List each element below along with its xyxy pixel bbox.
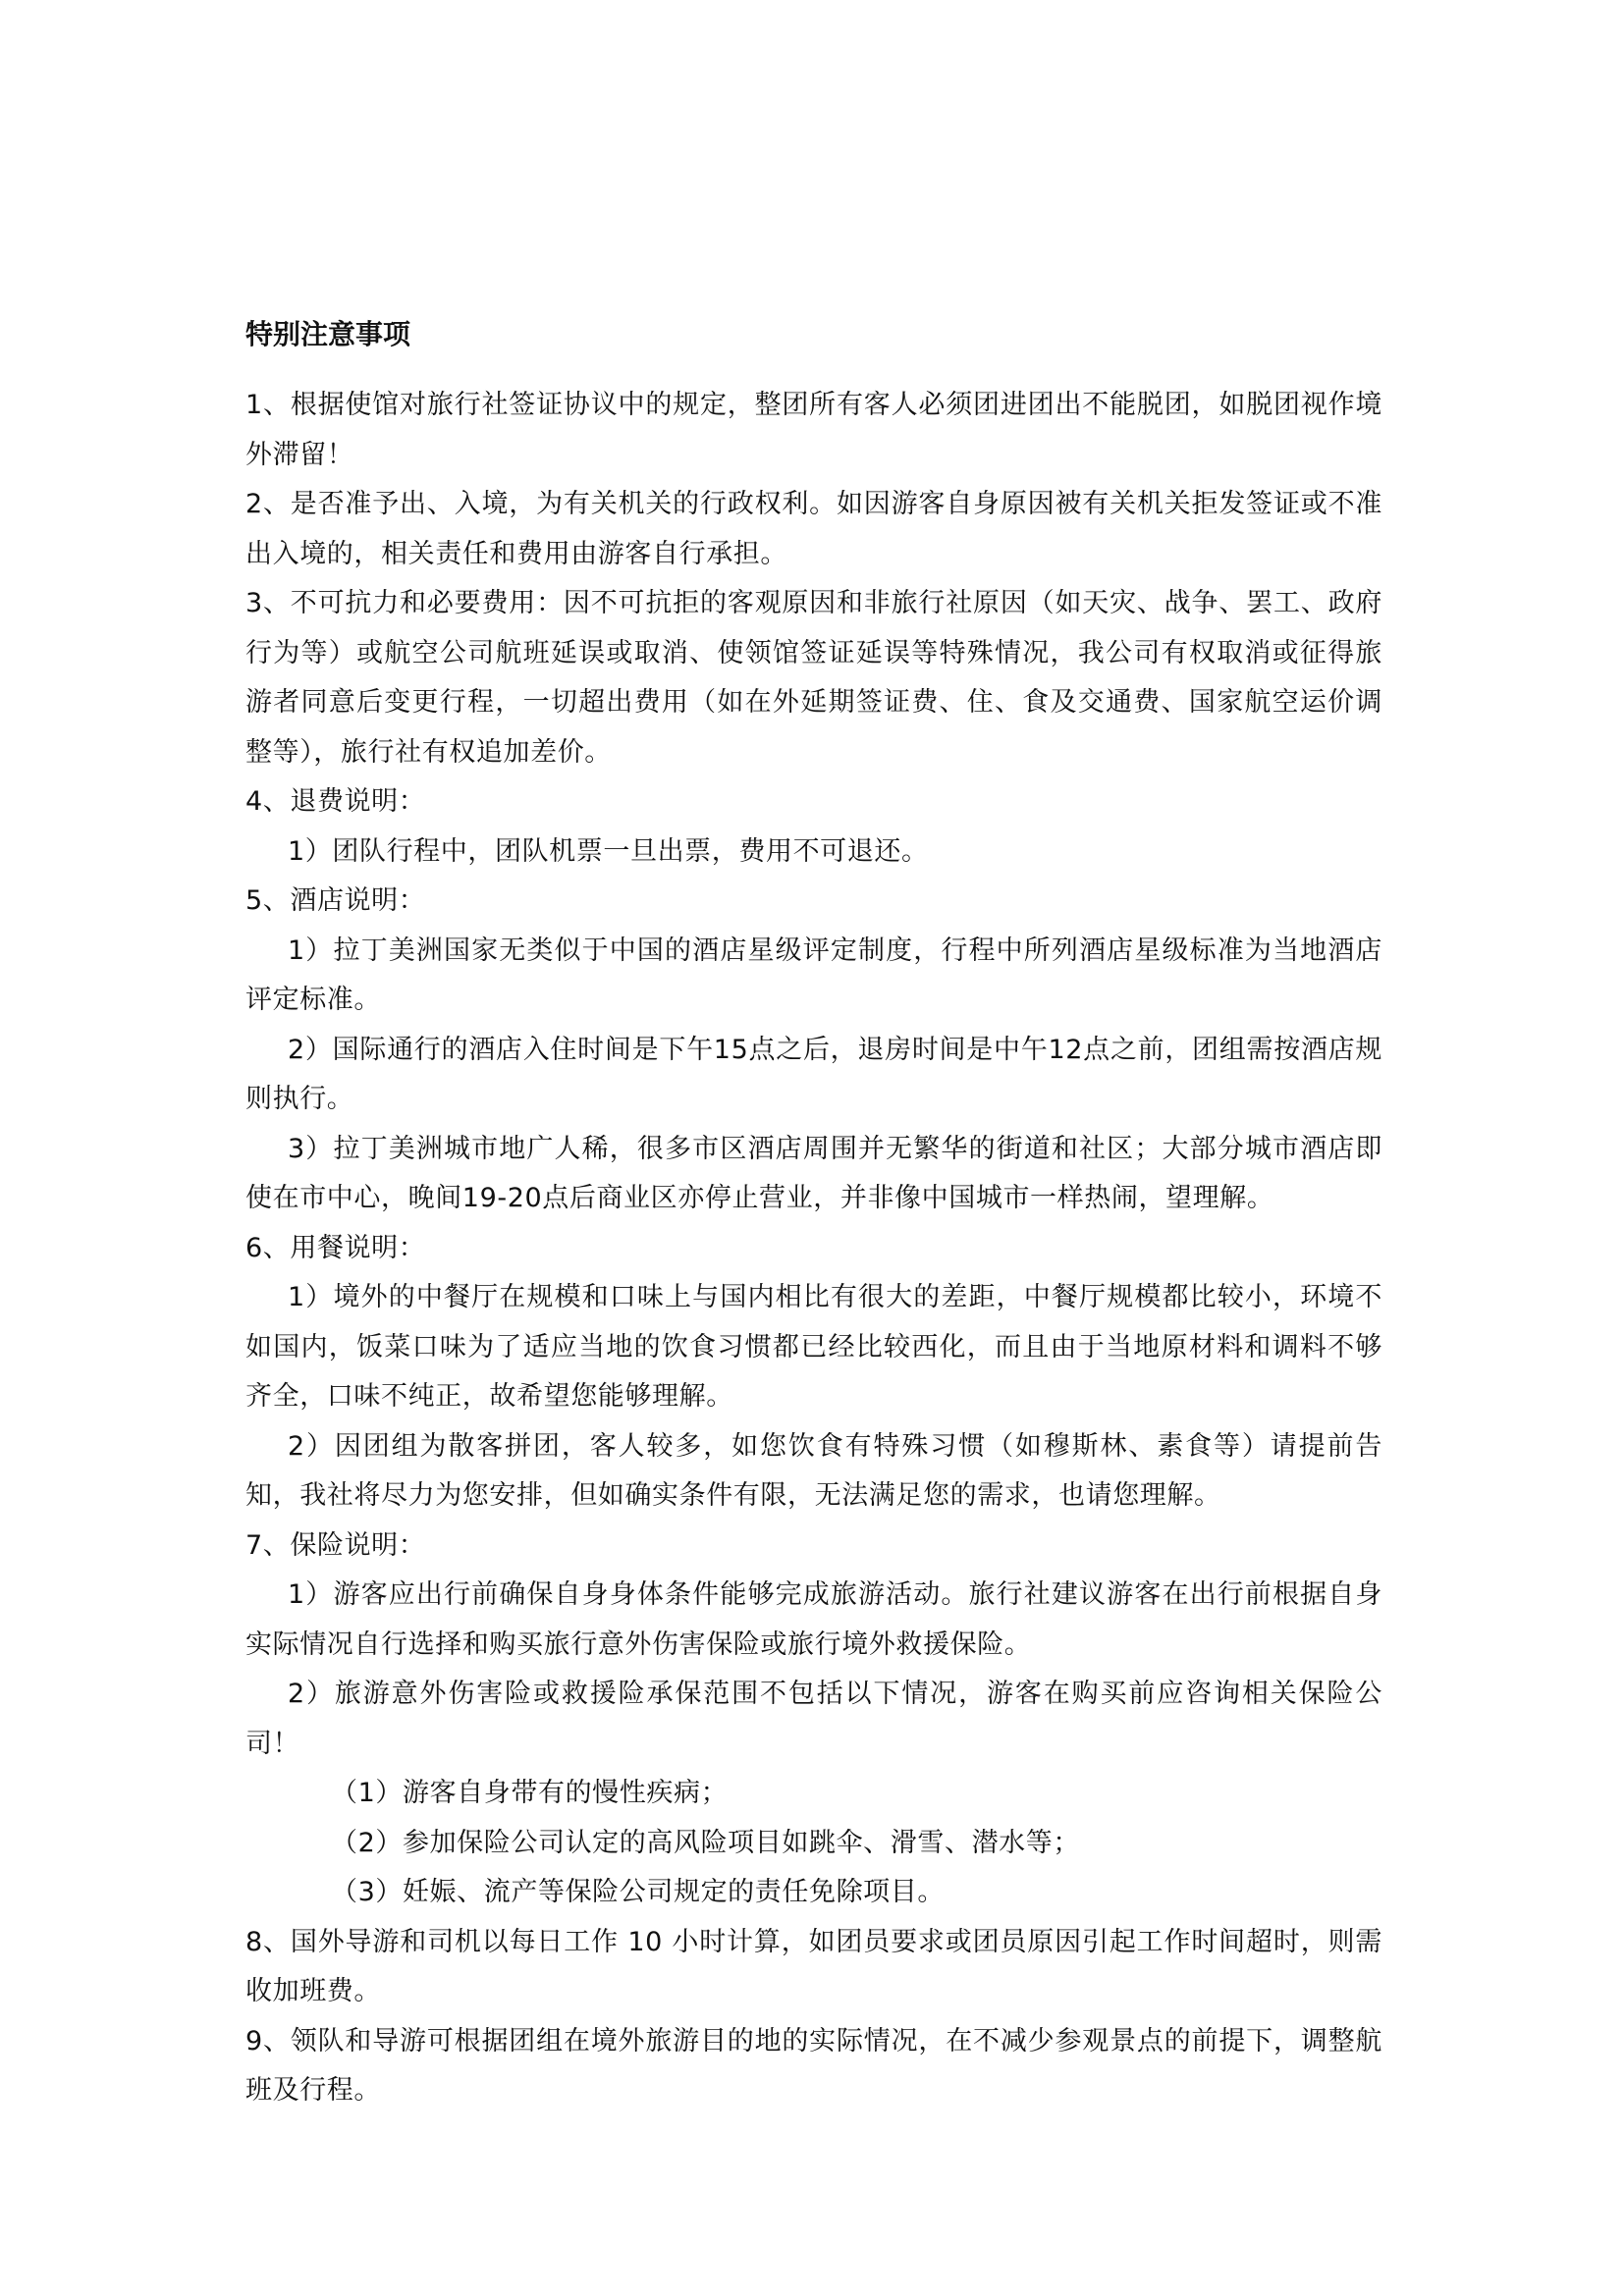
- section-7-item-2: 2）旅游意外伤害险或救援险承保范围不包括以下情况，游客在购买前应咨询相关保险公司…: [245, 1670, 1382, 1769]
- section-6-heading: 6、用餐说明：: [245, 1224, 1382, 1274]
- section-5-item-3: 3）拉丁美洲城市地广人稀，很多市区酒店周围并无繁华的街道和社区；大部分城市酒店即…: [245, 1125, 1382, 1224]
- section-7-item-1: 1）游客应出行前确保自身身体条件能够完成旅游活动。旅行社建议游客在出行前根据自身…: [245, 1571, 1382, 1670]
- section-7-subitem-3: （3）妊娠、流产等保险公司规定的责任免除项目。: [245, 1868, 1382, 1918]
- section-2: 2、是否准予出、入境，为有关机关的行政权利。如因游客自身原因被有关机关拒发签证或…: [245, 480, 1382, 579]
- section-3: 3、不可抗力和必要费用：因不可抗拒的客观原因和非旅行社原因（如天灾、战争、罢工、…: [245, 579, 1382, 777]
- section-7-heading: 7、保险说明：: [245, 1522, 1382, 1572]
- section-6-item-1: 1）境外的中餐厅在规模和口味上与国内相比有很大的差距，中餐厅规模都比较小，环境不…: [245, 1273, 1382, 1422]
- section-1: 1、根据使馆对旅行社签证协议中的规定，整团所有客人必须团进团出不能脱团，如脱团视…: [245, 381, 1382, 480]
- section-5-item-1: 1）拉丁美洲国家无类似于中国的酒店星级评定制度，行程中所列酒店星级标准为当地酒店…: [245, 927, 1382, 1026]
- section-8: 8、国外导游和司机以每日工作 10 小时计算，如团员要求或团员原因引起工作时间超…: [245, 1918, 1382, 2017]
- section-6-item-2: 2）因团组为散客拼团，客人较多，如您饮食有特殊习惯（如穆斯林、素食等）请提前告知…: [245, 1422, 1382, 1522]
- section-4-heading: 4、退费说明：: [245, 777, 1382, 828]
- section-5-heading: 5、酒店说明：: [245, 877, 1382, 927]
- section-7-subitem-2: （2）参加保险公司认定的高风险项目如跳伞、滑雪、潜水等；: [245, 1819, 1382, 1869]
- section-5-item-2: 2）国际通行的酒店入住时间是下午15点之后，退房时间是中午12点之前，团组需按酒…: [245, 1026, 1382, 1125]
- document-page: 特别注意事项 1、根据使馆对旅行社签证协议中的规定，整团所有客人必须团进团出不能…: [245, 312, 1382, 2116]
- section-7-subitem-1: （1）游客自身带有的慢性疾病；: [245, 1769, 1382, 1819]
- section-9: 9、领队和导游可根据团组在境外旅游目的地的实际情况，在不减少参观景点的前提下，调…: [245, 2017, 1382, 2116]
- section-4-item-1: 1）团队行程中，团队机票一旦出票，费用不可退还。: [245, 828, 1382, 878]
- document-title: 特别注意事项: [245, 312, 1382, 357]
